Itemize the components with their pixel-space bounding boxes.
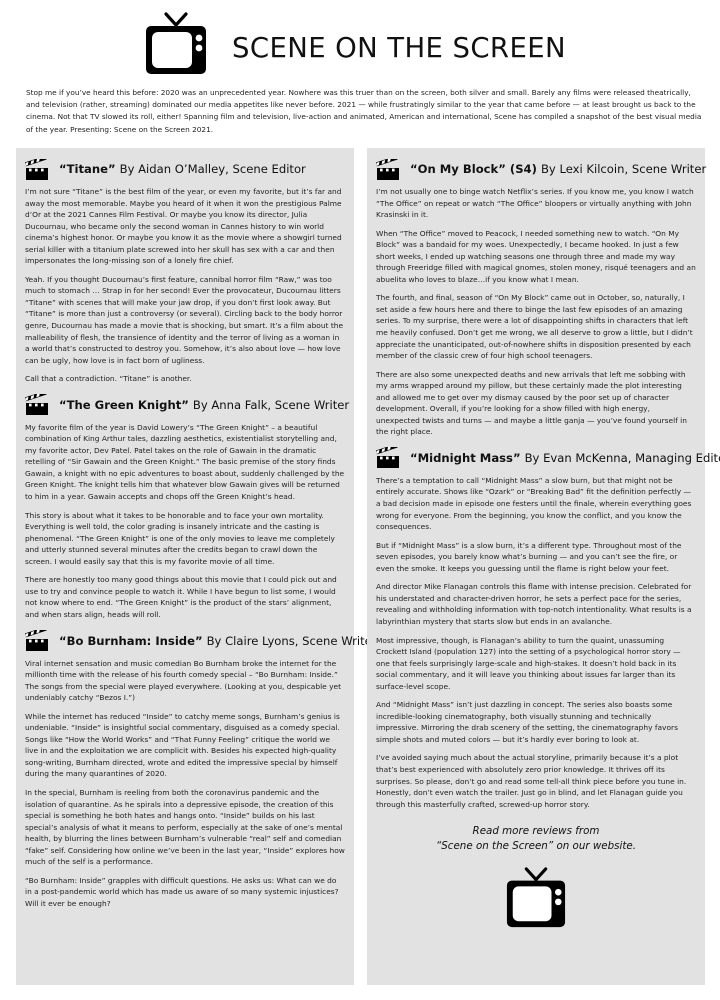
review-paragraph: “Bo Burnham: Inside” grapples with diffi… xyxy=(25,875,345,910)
review-paragraph: I’m not sure “Titane” is the best film o… xyxy=(25,186,345,267)
review-bo-burnham-inside: “Bo Burnham: Inside” By Claire Lyons, Sc… xyxy=(25,628,345,910)
review-heading: “Bo Burnham: Inside” By Claire Lyons, Sc… xyxy=(25,628,345,654)
masthead: SCENE ON THE SCREEN xyxy=(0,0,720,80)
review-paragraph: There are also some unexpected deaths an… xyxy=(376,369,696,438)
review-midnight-mass: “Midnight Mass” By Evan McKenna, Managin… xyxy=(376,445,696,810)
review-title: “The Green Knight” xyxy=(59,398,189,412)
tv-icon xyxy=(505,867,567,929)
review-paragraph: Viral internet sensation and music comed… xyxy=(25,658,345,704)
review-byline: By Anna Falk, Scene Writer xyxy=(193,398,349,412)
review-title: “Titane” xyxy=(59,162,116,176)
clapperboard-icon xyxy=(376,159,401,180)
review-byline: By Lexi Kilcoin, Scene Writer xyxy=(541,162,706,176)
review-title: “On My Block” (S4) xyxy=(410,162,537,176)
read-more-line-2: “Scene on the Screen” on our website. xyxy=(376,839,696,854)
review-paragraph: I’ve avoided saying much about the actua… xyxy=(376,752,696,810)
review-title: “Midnight Mass” xyxy=(410,451,521,465)
clapperboard-icon xyxy=(376,447,401,468)
review-title: “Bo Burnham: Inside” xyxy=(59,634,203,648)
review-paragraph: Most impressive, though, is Flanagan’s a… xyxy=(376,635,696,693)
review-paragraph: Call that a contradiction. “Titane” is a… xyxy=(25,373,345,385)
clapperboard-icon xyxy=(25,630,50,651)
review-titane: “Titane” By Aidan O’Malley, Scene Editor… xyxy=(25,156,345,385)
review-paragraph: While the internet has reduced “Inside” … xyxy=(25,711,345,780)
review-paragraph: I’m not usually one to binge watch Netfl… xyxy=(376,186,696,221)
review-paragraph: When “The Office” moved to Peacock, I ne… xyxy=(376,228,696,286)
review-paragraph: Yeah. If you thought Ducournau’s first f… xyxy=(25,274,345,366)
review-paragraph: This story is about what it takes to be … xyxy=(25,510,345,568)
tv-icon xyxy=(144,12,208,76)
review-paragraph: My favorite film of the year is David Lo… xyxy=(25,422,345,503)
right-column-panel: “On My Block” (S4) By Lexi Kilcoin, Scen… xyxy=(367,148,705,985)
review-heading: “The Green Knight” By Anna Falk, Scene W… xyxy=(25,392,345,418)
review-paragraph: And director Mike Flanagan controls this… xyxy=(376,581,696,627)
review-byline: By Aidan O’Malley, Scene Editor xyxy=(120,162,306,176)
review-heading: “On My Block” (S4) By Lexi Kilcoin, Scen… xyxy=(376,156,696,182)
read-more-line-1: Read more reviews from xyxy=(376,824,696,839)
clapperboard-icon xyxy=(25,159,50,180)
review-on-my-block: “On My Block” (S4) By Lexi Kilcoin, Scen… xyxy=(376,156,696,438)
review-paragraph: And “Midnight Mass” isn’t just dazzling … xyxy=(376,699,696,745)
review-heading: “Midnight Mass” By Evan McKenna, Managin… xyxy=(376,445,696,471)
review-paragraph: The fourth, and final, season of “On My … xyxy=(376,292,696,361)
review-heading: “Titane” By Aidan O’Malley, Scene Editor xyxy=(25,156,345,182)
review-paragraph: There’s a temptation to call “Midnight M… xyxy=(376,475,696,533)
read-more-callout: Read more reviews from “Scene on the Scr… xyxy=(376,824,696,853)
page-title: SCENE ON THE SCREEN xyxy=(232,32,566,64)
review-byline: By Claire Lyons, Scene Writer xyxy=(207,634,377,648)
review-paragraph: There are honestly too many good things … xyxy=(25,574,345,620)
intro-paragraph: Stop me if you’ve heard this before: 202… xyxy=(26,87,706,136)
left-column-panel: “Titane” By Aidan O’Malley, Scene Editor… xyxy=(16,148,354,985)
clapperboard-icon xyxy=(25,394,50,415)
review-byline: By Evan McKenna, Managing Editor xyxy=(525,451,720,465)
review-paragraph: But if “Midnight Mass” is a slow burn, i… xyxy=(376,540,696,575)
review-paragraph: In the special, Burnham is reeling from … xyxy=(25,787,345,868)
review-green-knight: “The Green Knight” By Anna Falk, Scene W… xyxy=(25,392,345,621)
